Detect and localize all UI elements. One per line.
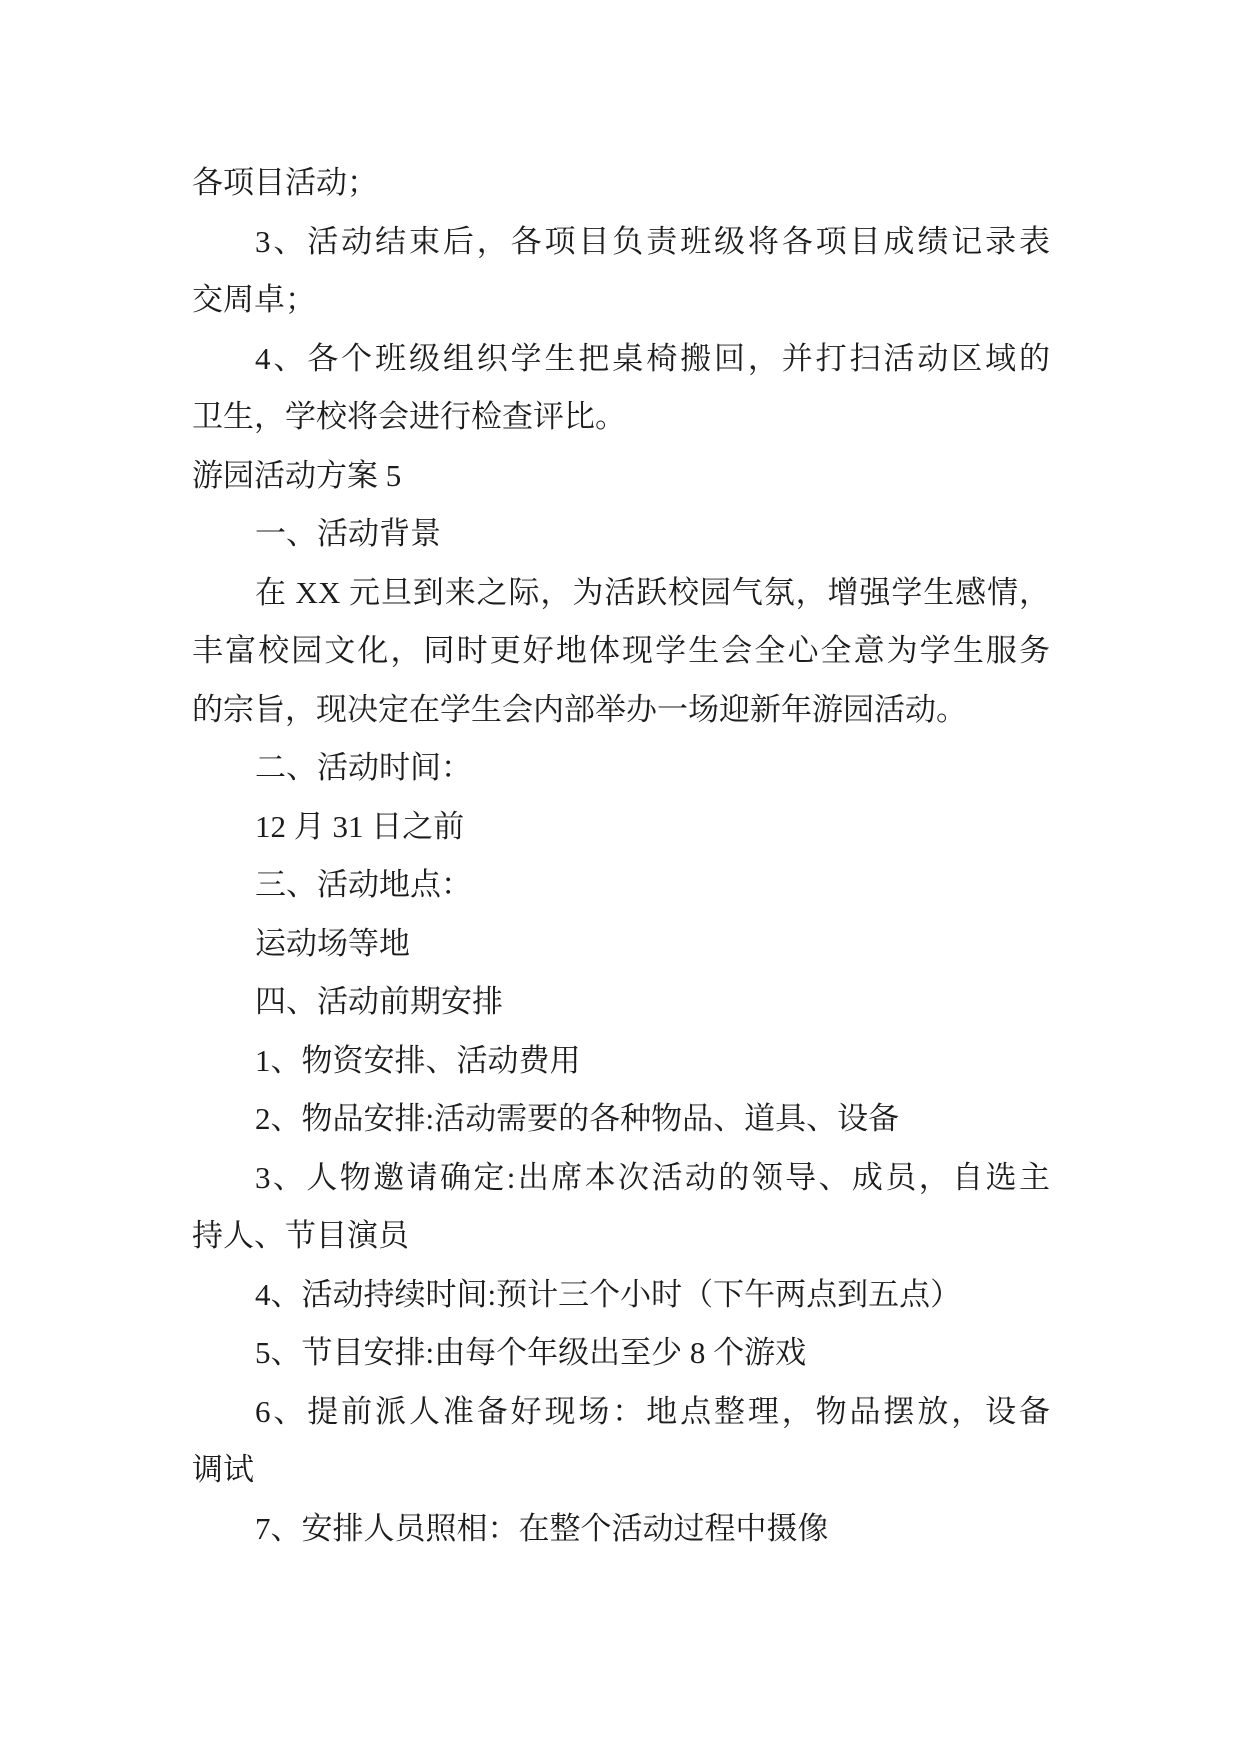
paragraph-line: 各项目活动；	[192, 154, 1050, 213]
list-item: 3、人物邀请确定:出席本次活动的领导、成员，自选主	[192, 1149, 1050, 1208]
section-heading: 四、活动前期安排	[192, 973, 1050, 1032]
paragraph-line: 运动场等地	[192, 915, 1050, 974]
list-item: 7、安排人员照相：在整个活动过程中摄像	[192, 1500, 1050, 1559]
list-item: 1、物资安排、活动费用	[192, 1032, 1050, 1091]
paragraph-line: 交周卓；	[192, 271, 1050, 330]
paragraph-line: 在 XX 元旦到来之际，为活跃校园气氛，增强学生感情，	[192, 564, 1050, 623]
paragraph-line: 调试	[192, 1441, 1050, 1500]
section-heading: 三、活动地点：	[192, 856, 1050, 915]
list-item: 4、活动持续时间:预计三个小时（下午两点到五点）	[192, 1266, 1050, 1325]
document-body: 各项目活动； 3、活动结束后，各项目负责班级将各项目成绩记录表 交周卓； 4、各…	[192, 154, 1050, 1558]
list-item: 5、节目安排:由每个年级出至少 8 个游戏	[192, 1324, 1050, 1383]
list-item: 3、活动结束后，各项目负责班级将各项目成绩记录表	[192, 213, 1050, 272]
section-heading: 二、活动时间：	[192, 739, 1050, 798]
document-page: 各项目活动； 3、活动结束后，各项目负责班级将各项目成绩记录表 交周卓； 4、各…	[0, 0, 1241, 1754]
list-item: 6、提前派人准备好现场：地点整理，物品摆放，设备	[192, 1383, 1050, 1442]
list-item: 2、物品安排:活动需要的各种物品、道具、设备	[192, 1090, 1050, 1149]
paragraph-line: 12 月 31 日之前	[192, 798, 1050, 857]
doc-title: 游园活动方案 5	[192, 447, 1050, 506]
paragraph-line: 的宗旨，现决定在学生会内部举办一场迎新年游园活动。	[192, 681, 1050, 740]
paragraph-line: 丰富校园文化，同时更好地体现学生会全心全意为学生服务	[192, 622, 1050, 681]
section-heading: 一、活动背景	[192, 505, 1050, 564]
paragraph-line: 持人、节目演员	[192, 1207, 1050, 1266]
paragraph-line: 卫生，学校将会进行检查评比。	[192, 388, 1050, 447]
list-item: 4、各个班级组织学生把桌椅搬回，并打扫活动区域的	[192, 330, 1050, 389]
